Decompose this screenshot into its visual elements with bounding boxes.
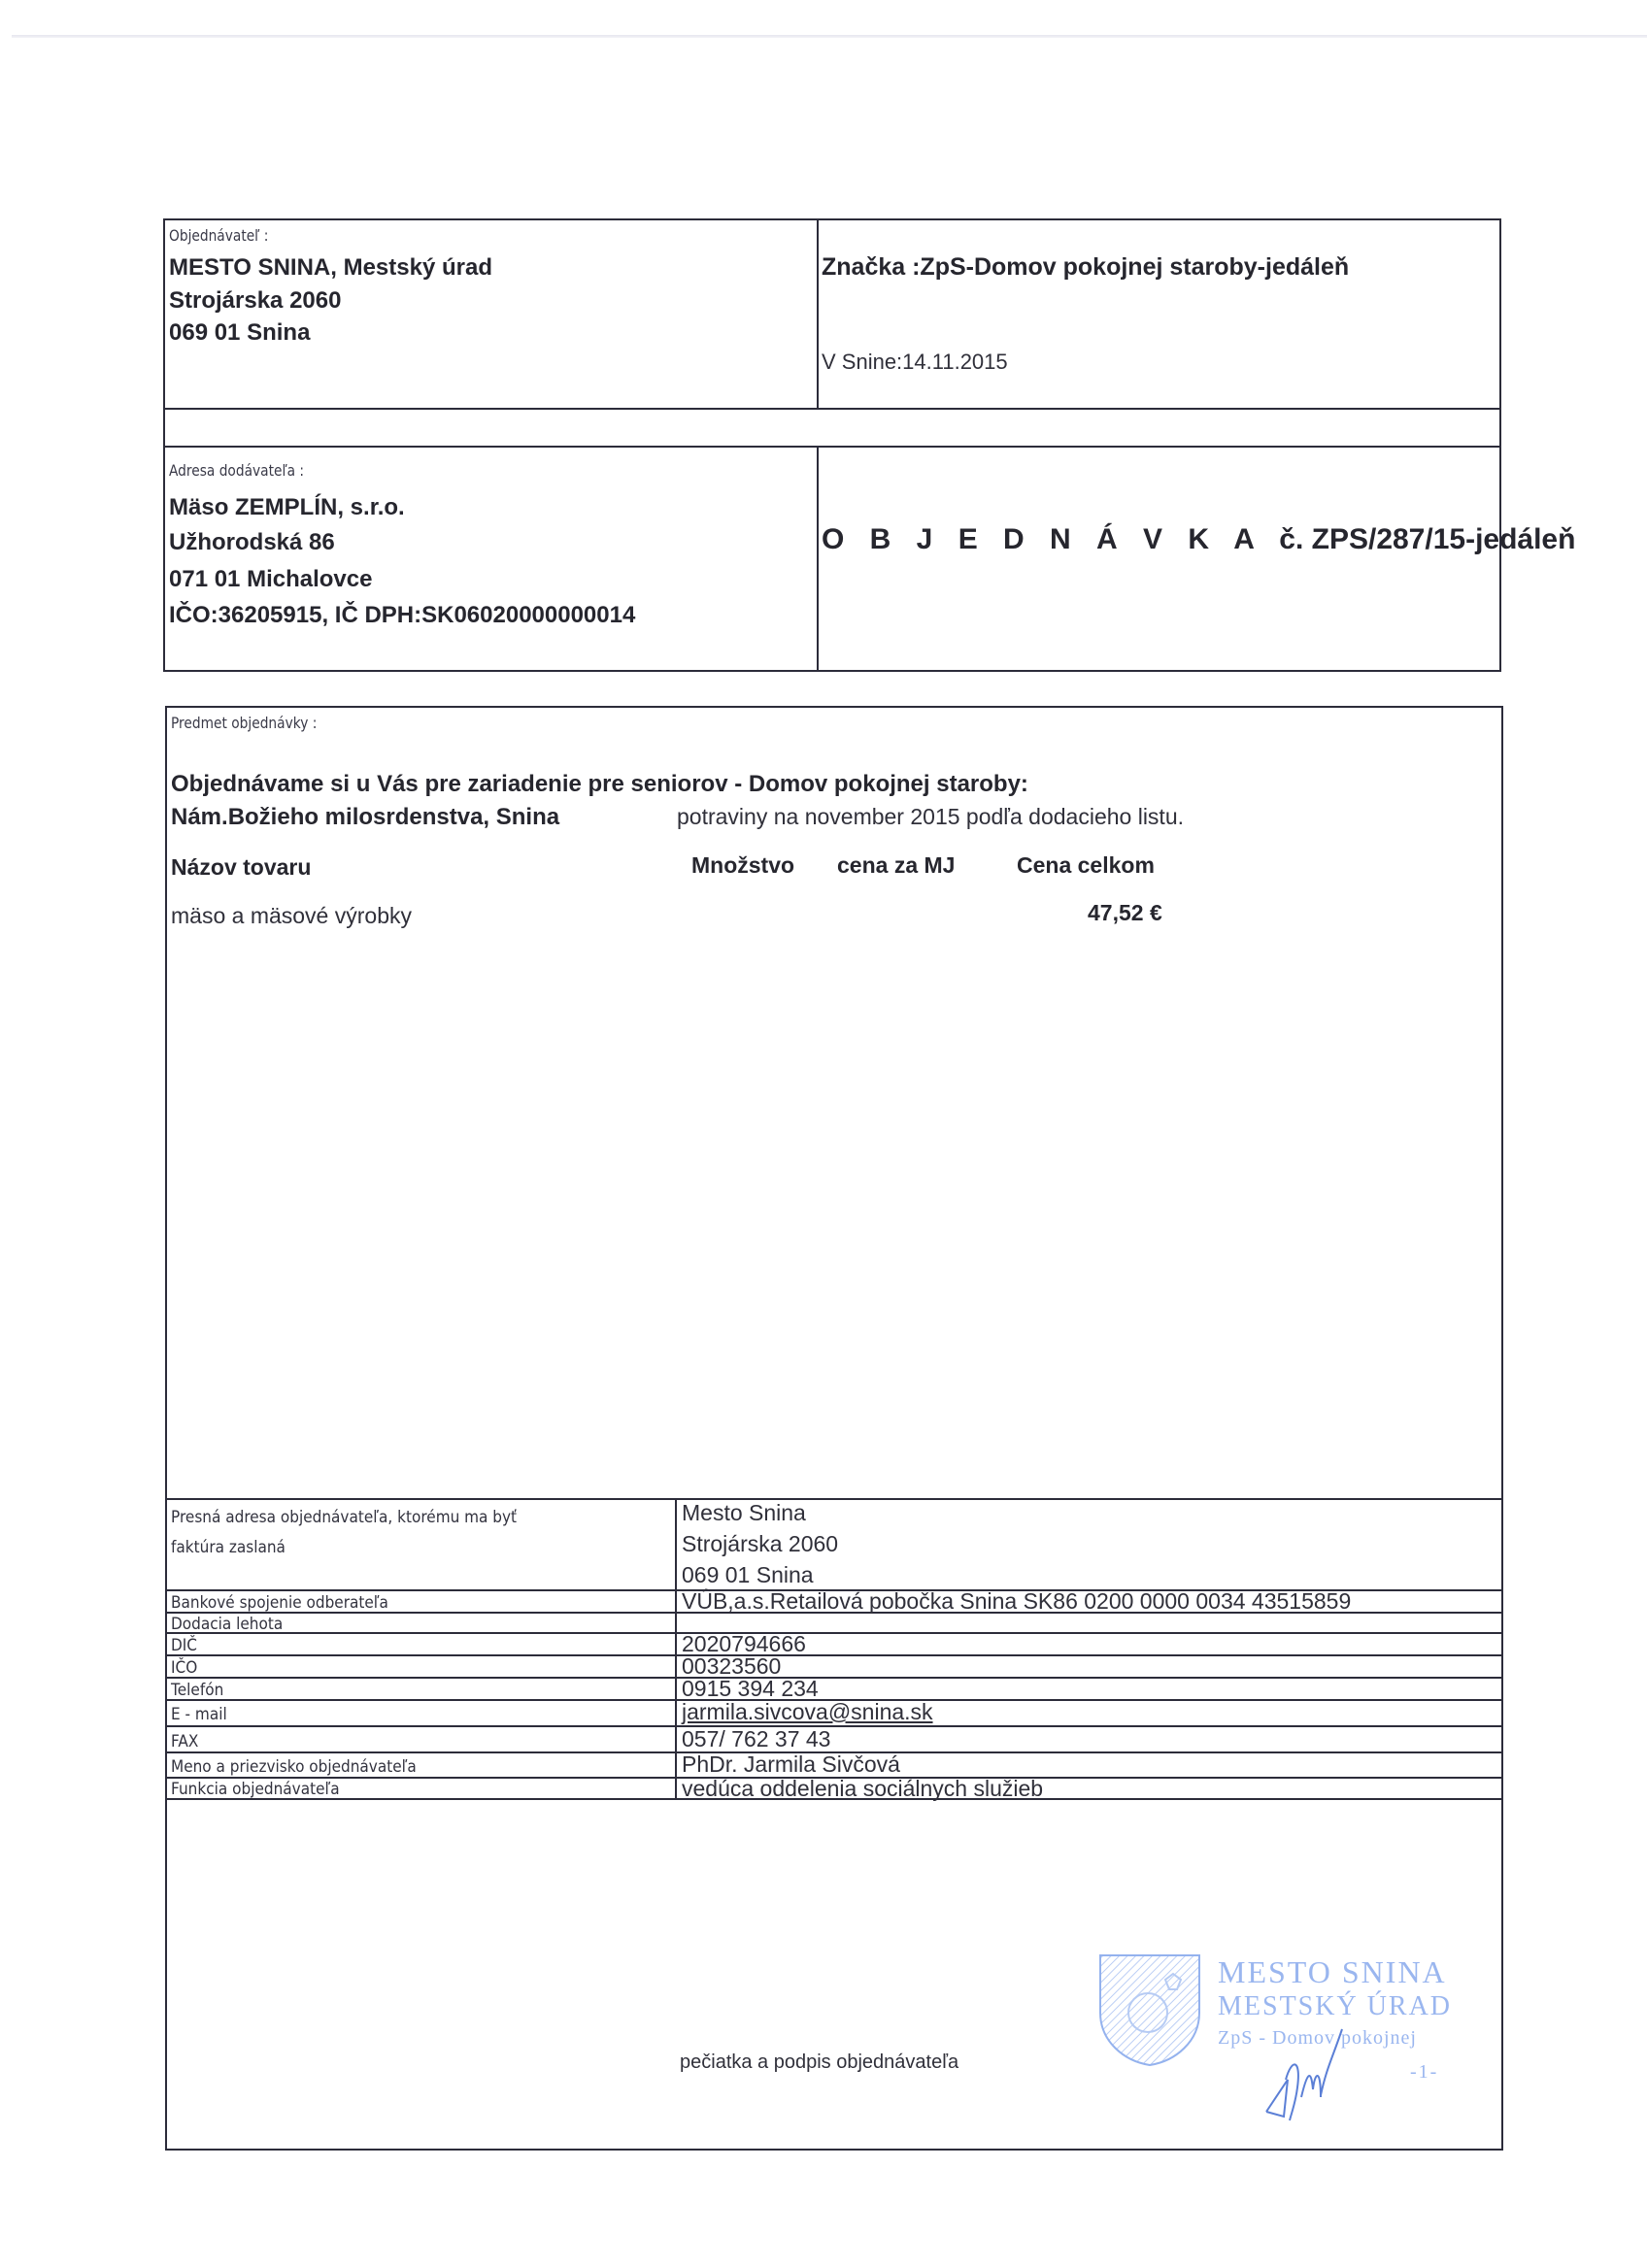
detail-label-invoice-address: Presná adresa objednávateľa, ktorému ma …	[171, 1508, 517, 1527]
detail-label-name: Meno a priezvisko objednávateľa	[171, 1757, 417, 1777]
detail-value-name: PhDr. Jarmila Sivčová	[682, 1751, 900, 1778]
detail-label-dic: DIČ	[171, 1636, 197, 1655]
order-number: č. ZPS/287/15-jedáleň	[1279, 523, 1575, 555]
orderer-street: Strojárska 2060	[169, 287, 341, 315]
detail-value-invoice-street: Strojárska 2060	[682, 1531, 838, 1557]
details-divider	[675, 1499, 677, 1799]
item-name: mäso a mäsové výrobky	[171, 903, 412, 929]
detail-value-invoice-city: 069 01 Snina	[682, 1562, 814, 1588]
subject-location: Nám.Božieho milosrdenstva, Snina	[171, 804, 559, 831]
orderer-label: Objednávateľ :	[169, 226, 268, 245]
column-header-name: Názov tovaru	[171, 854, 311, 881]
row-line	[166, 1725, 1502, 1727]
supplier-ids: IČO:36205915, IČ DPH:SK06020000000014	[169, 602, 635, 629]
column-header-unit-price: cena za MJ	[837, 852, 955, 879]
row-line	[166, 1677, 1502, 1679]
detail-label-function: Funkcia objednávateľa	[171, 1780, 340, 1799]
detail-value-phone: 0915 394 234	[682, 1676, 819, 1702]
item-total: 47,52 €	[1088, 900, 1162, 926]
order-title-word: O B J E D N Á V K A	[822, 523, 1263, 555]
reference-mark: Značka :ZpS-Domov pokojnej staroby-jedál…	[822, 253, 1349, 282]
orderer-city: 069 01 Snina	[169, 319, 310, 347]
supplier-city: 071 01 Michalovce	[169, 566, 372, 593]
spacer-row	[163, 408, 1501, 448]
subject-description: potraviny na november 2015 podľa dodacie…	[677, 804, 1184, 830]
orderer-divider	[817, 219, 819, 409]
stamp-line-2: MESTSKÝ ÚRAD	[1218, 1991, 1452, 2022]
handwritten-signature-icon	[1253, 2019, 1360, 2126]
row-line	[166, 1654, 1502, 1656]
coat-of-arms-icon	[1097, 1952, 1202, 2067]
detail-label-bank: Bankové spojenie odberateľa	[171, 1593, 388, 1613]
supplier-name: Mäso ZEMPLÍN, s.r.o.	[169, 494, 405, 521]
detail-label-fax: FAX	[171, 1732, 198, 1751]
supplier-street: Užhorodská 86	[169, 529, 335, 556]
reference-place-date: V Snine:14.11.2015	[822, 350, 1008, 375]
column-header-quantity: Množstvo	[691, 852, 794, 879]
detail-label-phone: Telefón	[171, 1681, 223, 1700]
detail-value-function: vedúca oddelenia sociálnych služieb	[682, 1776, 1043, 1802]
detail-label-ico: IČO	[171, 1658, 197, 1678]
detail-label-email: E - mail	[171, 1705, 227, 1724]
scan-edge-line	[12, 35, 1647, 38]
order-title: O B J E D N Á V K A č. ZPS/287/15-jedále…	[822, 523, 1575, 556]
supplier-box	[163, 446, 1501, 672]
detail-value-invoice-name: Mesto Snina	[682, 1500, 806, 1526]
orderer-name: MESTO SNINA, Mestský úrad	[169, 254, 492, 282]
stamp-line-1: MESTO SNINA	[1218, 1954, 1447, 1990]
subject-label: Predmet objednávky :	[171, 714, 317, 732]
detail-label-invoice-address-2: faktúra zaslaná	[171, 1538, 286, 1557]
detail-value-fax: 057/ 762 37 43	[682, 1726, 830, 1752]
signature-caption: pečiatka a podpis objednávateľa	[680, 2051, 958, 2074]
stamp-line-4: -1-	[1410, 2061, 1438, 2084]
detail-label-delivery: Dodacia lehota	[171, 1615, 283, 1634]
subject-line1: Objednávame si u Vás pre zariadenie pre …	[171, 771, 1028, 798]
row-line	[166, 1632, 1502, 1634]
column-header-total: Cena celkom	[1017, 852, 1155, 879]
detail-value-bank: VÚB,a.s.Retailová pobočka Snina SK86 020…	[682, 1588, 1351, 1615]
detail-value-email[interactable]: jarmila.sivcova@snina.sk	[682, 1699, 933, 1725]
supplier-label: Adresa dodávateľa :	[169, 461, 304, 480]
details-top-line	[166, 1498, 1502, 1500]
supplier-divider	[817, 447, 819, 671]
orderer-box	[163, 218, 1501, 410]
